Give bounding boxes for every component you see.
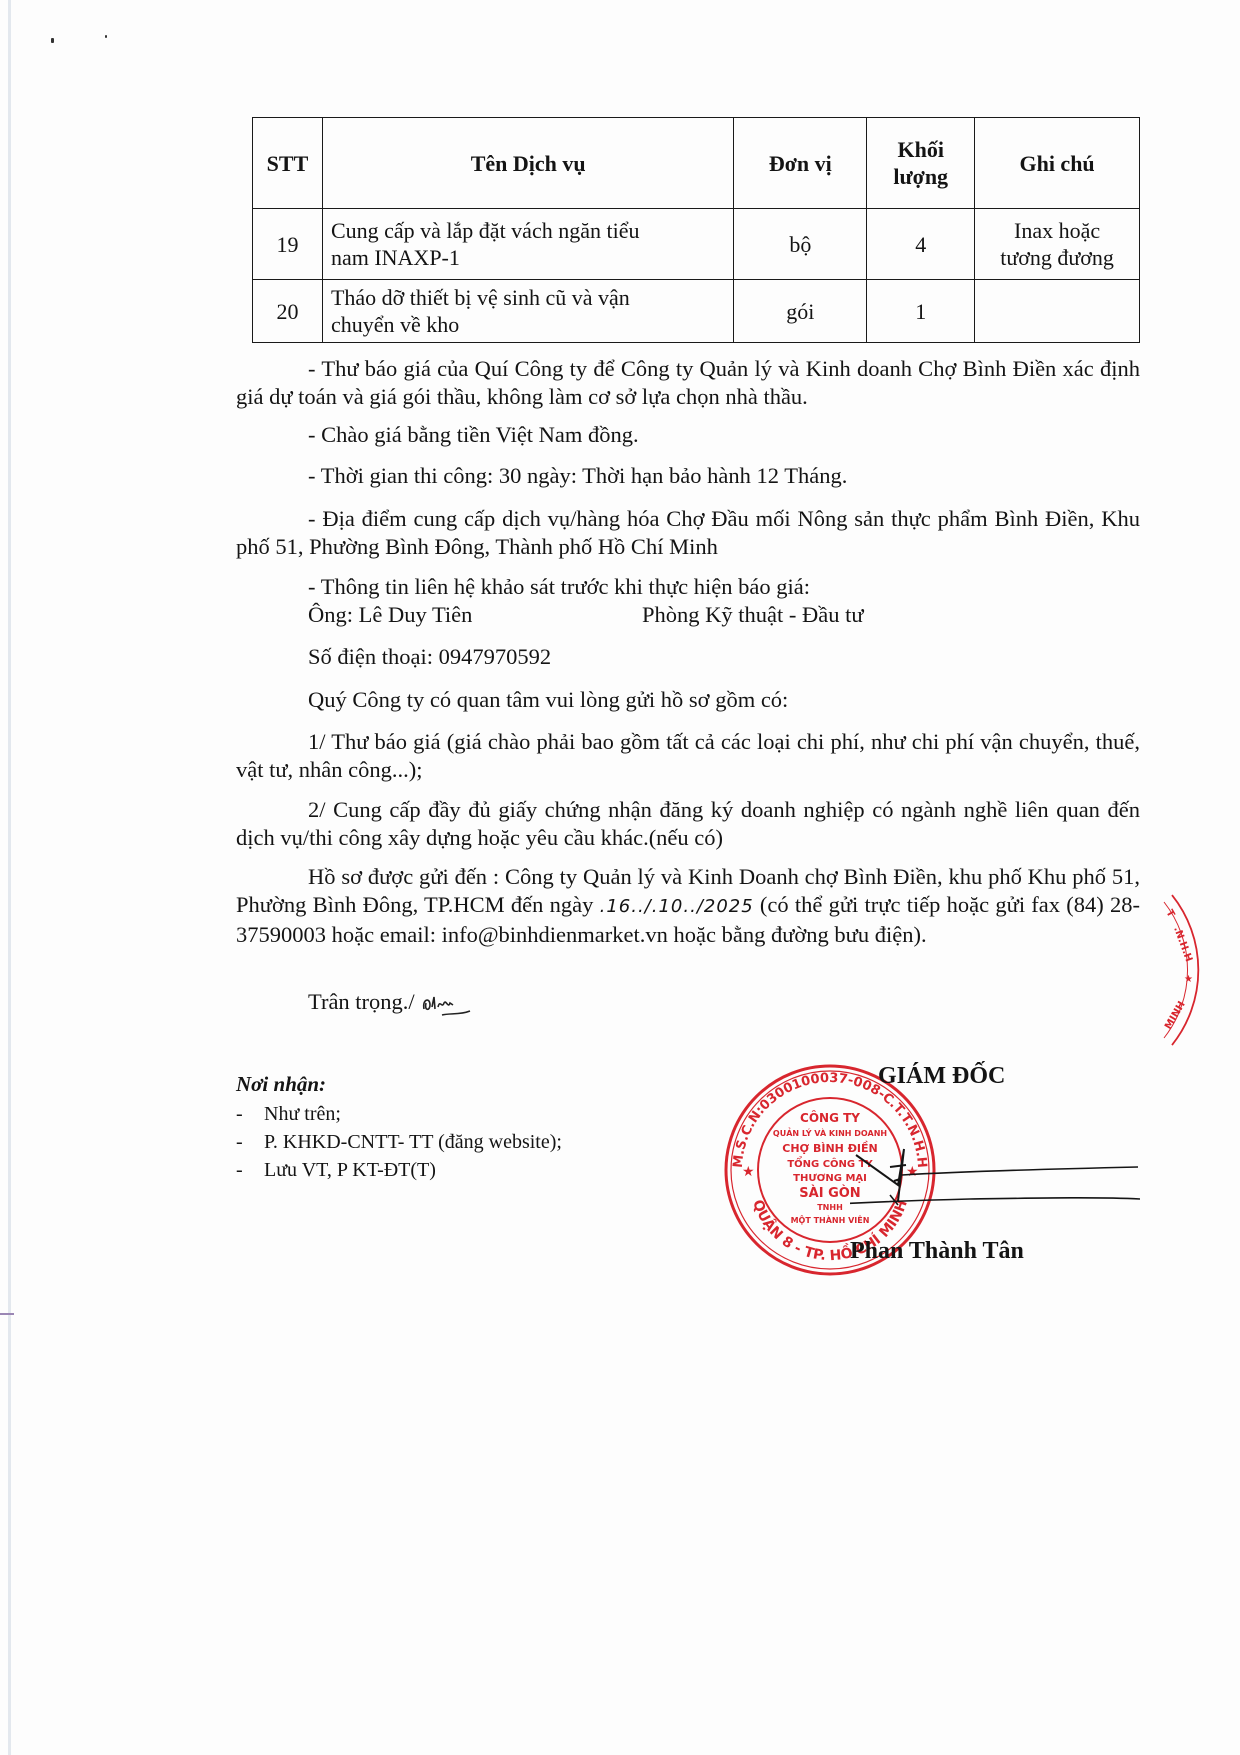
closing-text: Trân trọng./	[308, 989, 415, 1014]
table-row: 20 Tháo dỡ thiết bị vệ sinh cũ và vận ch…	[253, 280, 1140, 343]
contact-name: Ông: Lê Duy Tiên	[308, 602, 472, 627]
header-quantity-line2: lượng	[893, 164, 948, 189]
cell-quantity: 1	[867, 280, 975, 343]
paragraph-submission-address: Hồ sơ được gửi đến : Công ty Quản lý và …	[236, 863, 1140, 949]
scan-speck	[51, 38, 54, 43]
recipients-title: Nơi nhận:	[236, 1070, 562, 1098]
recipient-item: Như trên;	[236, 1100, 562, 1128]
scan-edge	[8, 0, 11, 1755]
contact-department: Phòng Kỹ thuật - Đầu tư	[642, 601, 864, 629]
recipient-item: P. KHKD-CNTT- TT (đăng website);	[236, 1128, 562, 1156]
initials-signature-icon	[420, 989, 474, 1019]
cell-service-name-line2: chuyển về kho	[331, 312, 459, 337]
cell-stt: 20	[253, 280, 323, 343]
cell-note-line1: Inax hoặc	[1014, 218, 1100, 243]
cell-service-name-line1: Cung cấp và lắp đặt vách ngăn tiểu	[331, 218, 640, 243]
svg-text:TNHH: TNHH	[817, 1203, 843, 1212]
services-table: STT Tên Dịch vụ Đơn vị Khối lượng Ghi ch…	[252, 117, 1140, 343]
svg-text:★: ★	[742, 1164, 755, 1180]
cell-stt: 19	[253, 209, 323, 280]
cell-unit: gói	[734, 280, 867, 343]
header-quantity-line1: Khối	[897, 137, 943, 162]
cell-service-name: Cung cấp và lắp đặt vách ngăn tiểu nam I…	[322, 209, 733, 280]
recipients-list: Như trên; P. KHKD-CNTT- TT (đăng website…	[236, 1100, 562, 1184]
paragraph-duration-warranty: - Thời gian thi công: 30 ngày: Thời hạn …	[236, 462, 1140, 490]
svg-text:★: ★	[1184, 974, 1193, 985]
svg-text:.N.H.H: .N.H.H	[1171, 925, 1194, 963]
cell-quantity: 4	[867, 209, 975, 280]
cell-service-name-line1: Tháo dỡ thiết bị vệ sinh cũ và vận	[331, 285, 630, 310]
contact-row: Ông: Lê Duy Tiên Phòng Kỹ thuật - Đầu tư	[308, 601, 472, 629]
cell-note	[975, 280, 1140, 343]
cell-service-name: Tháo dỡ thiết bị vệ sinh cũ và vận chuyể…	[322, 280, 733, 343]
cell-service-name-line2: nam INAXP-1	[331, 245, 460, 270]
header-note: Ghi chú	[975, 118, 1140, 209]
table-header-row: STT Tên Dịch vụ Đơn vị Khối lượng Ghi ch…	[253, 118, 1140, 209]
cell-note: Inax hoặc tương đương	[975, 209, 1140, 280]
partial-seal-icon: T .N.H.H ★ MINH	[1162, 890, 1232, 1050]
paragraph-currency: - Chào giá bằng tiền Việt Nam đồng.	[236, 421, 1140, 449]
paragraph-contact-intro: - Thông tin liên hệ khảo sát trước khi t…	[308, 573, 1108, 601]
recipients-block: Nơi nhận: Như trên; P. KHKD-CNTT- TT (đă…	[236, 1070, 562, 1184]
contact-phone: Số điện thoại: 0947970592	[308, 643, 1108, 671]
scan-speck	[105, 35, 107, 38]
paragraph-requirement-1: 1/ Thư báo giá (giá chào phải bao gồm tấ…	[236, 728, 1140, 784]
paragraph-requirement-2: 2/ Cung cấp đầy đủ giấy chứng nhận đăng …	[236, 796, 1140, 852]
deadline-date: .16../.10../2025	[600, 896, 754, 917]
signatory-title: GIÁM ĐỐC	[878, 1063, 1005, 1090]
paragraph-location: - Địa điểm cung cấp dịch vụ/hàng hóa Chợ…	[236, 505, 1140, 561]
paragraph-quotation-purpose: - Thư báo giá của Quí Công ty để Công ty…	[236, 355, 1140, 411]
header-stt: STT	[253, 118, 323, 209]
cell-note-line2: tương đương	[1000, 245, 1114, 270]
margin-mark	[0, 1313, 14, 1315]
header-service-name: Tên Dịch vụ	[322, 118, 733, 209]
paragraph-submission-intro: Quý Công ty có quan tâm vui lòng gửi hồ …	[236, 686, 1140, 714]
handwritten-signature-icon	[850, 1135, 1140, 1235]
header-unit: Đơn vị	[734, 118, 867, 209]
closing-line: Trân trọng./	[308, 988, 808, 1019]
table-row: 19 Cung cấp và lắp đặt vách ngăn tiểu na…	[253, 209, 1140, 280]
cell-unit: bộ	[734, 209, 867, 280]
recipient-item: Lưu VT, P KT-ĐT(T)	[236, 1156, 562, 1184]
svg-text:CÔNG TY: CÔNG TY	[800, 1110, 860, 1125]
signatory-name: Phan Thành Tân	[850, 1238, 1024, 1265]
header-quantity: Khối lượng	[867, 118, 975, 209]
